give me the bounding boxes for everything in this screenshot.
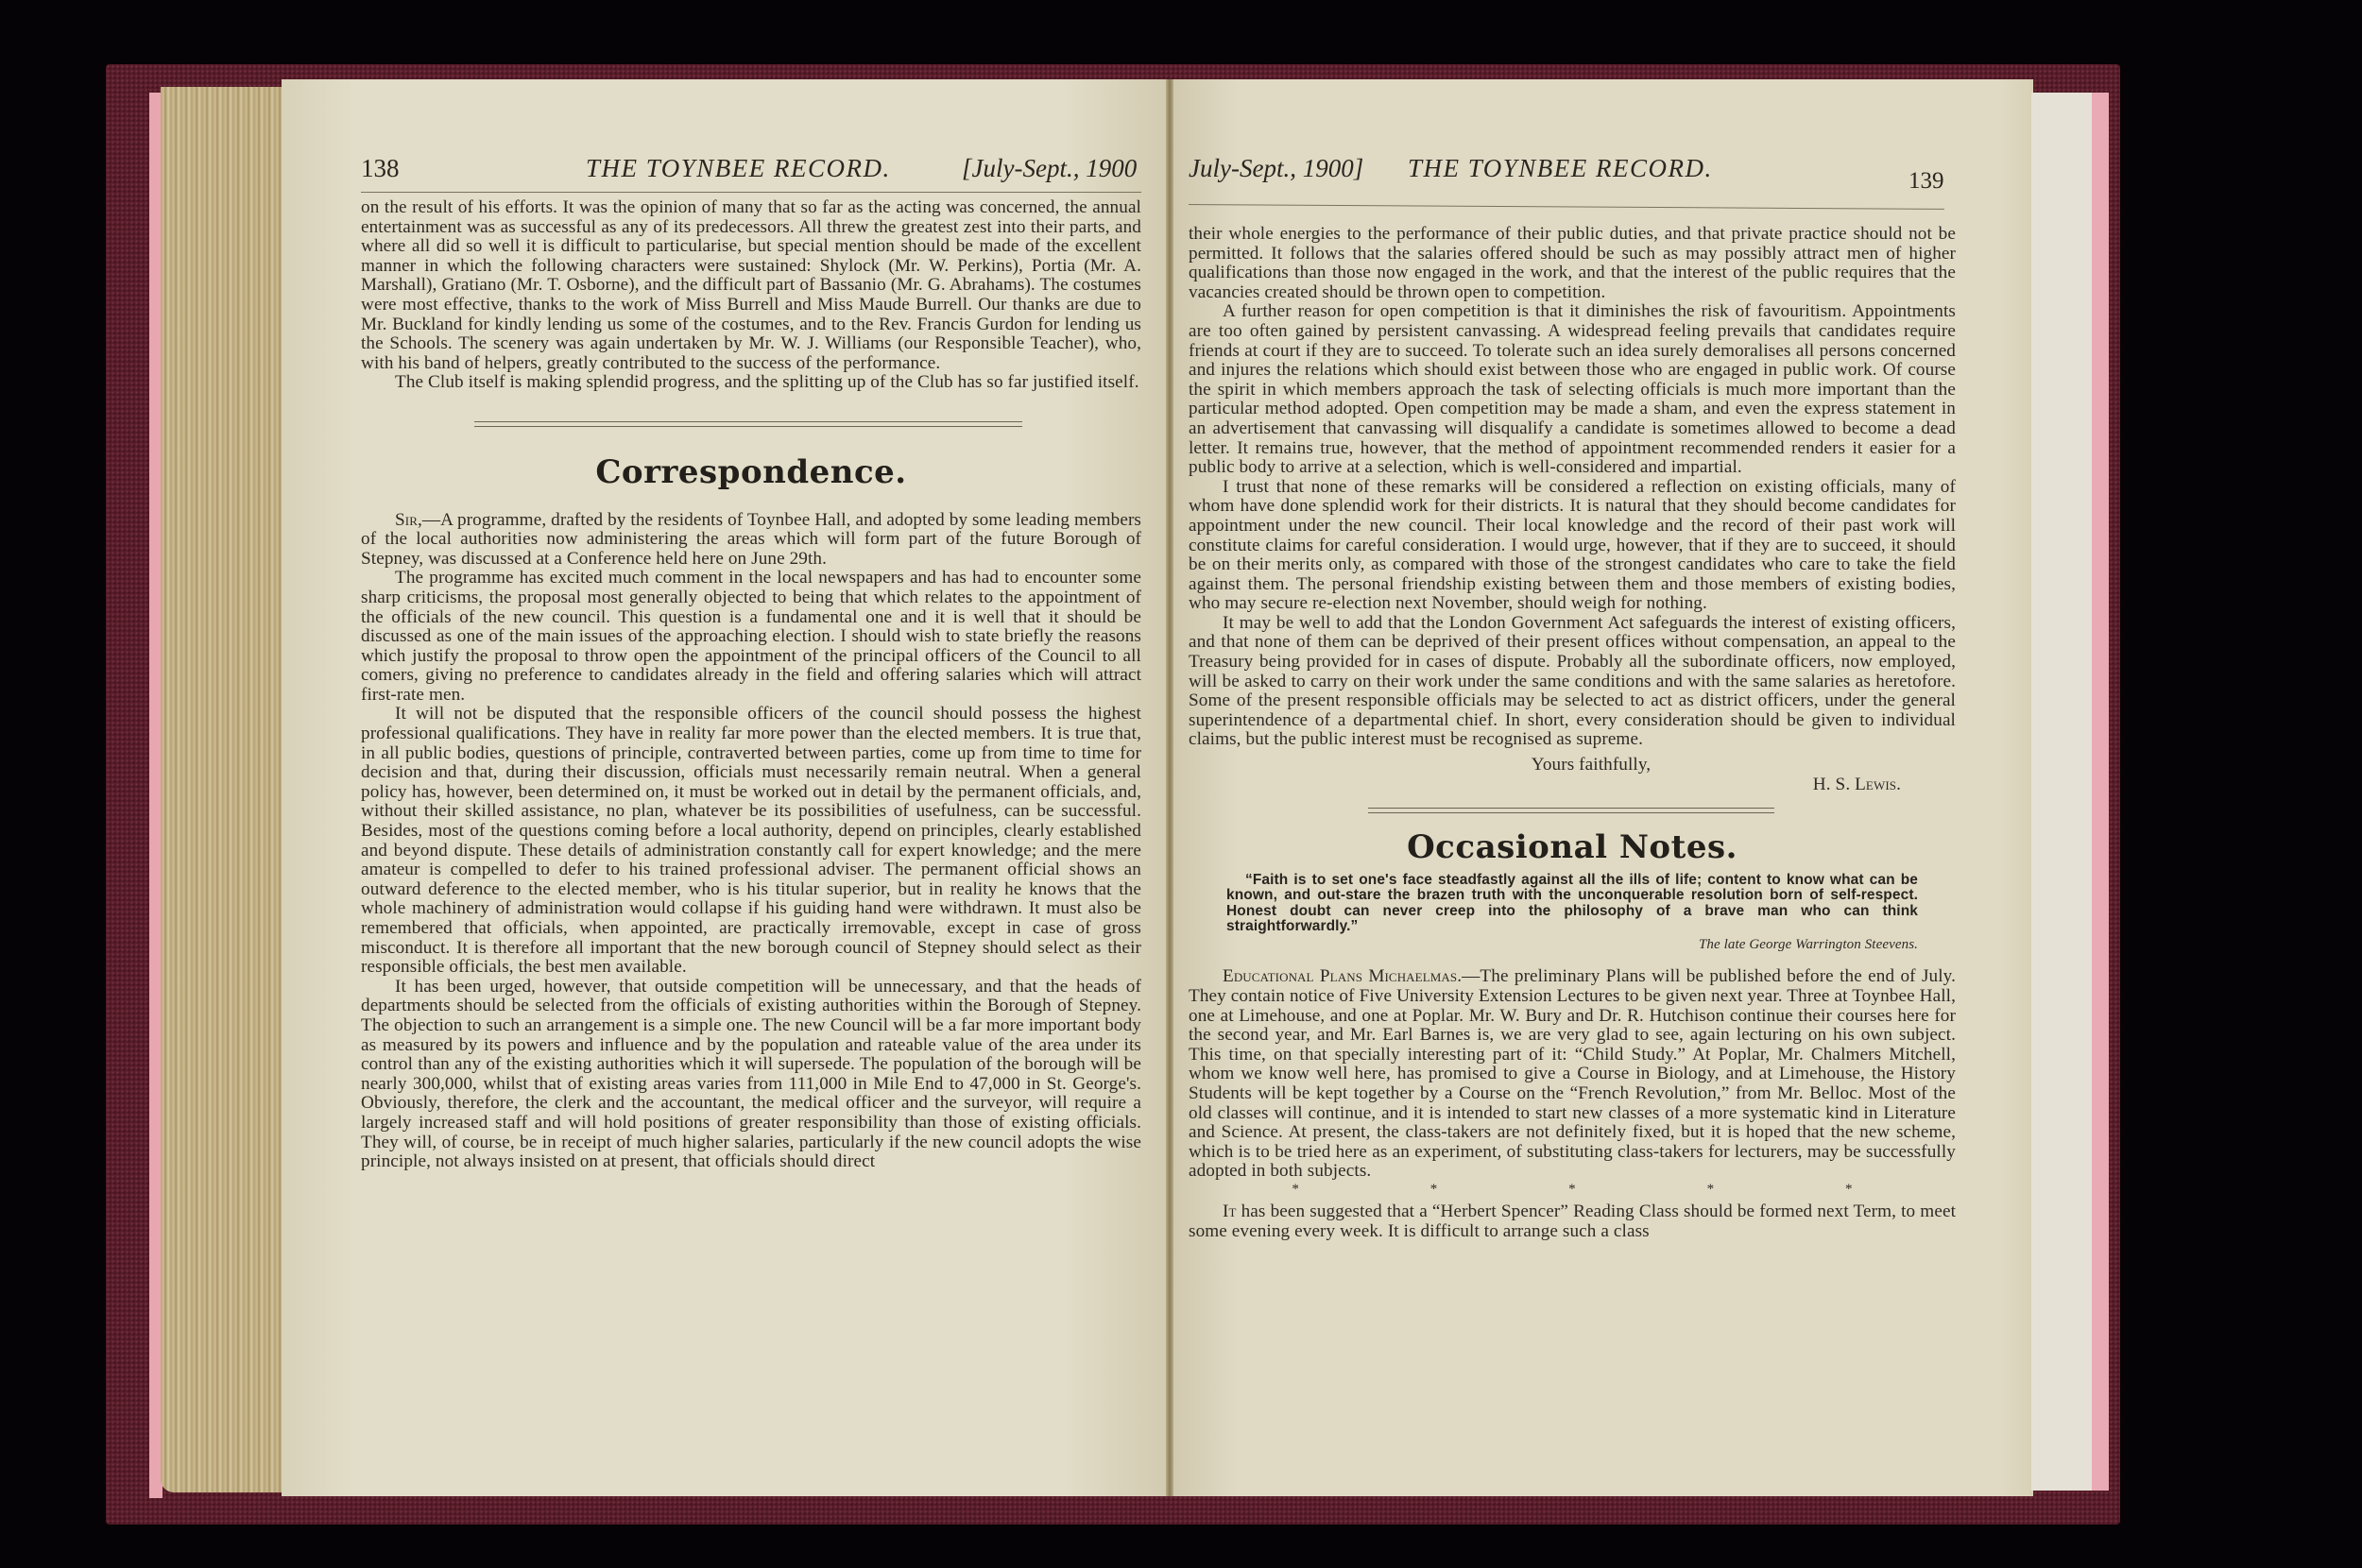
right-text-column: their whole energies to the performance … <box>1189 225 1956 1241</box>
note-paragraph: Educational Plans Michaelmas.—The prelim… <box>1189 967 1956 1182</box>
note-lead: Educational Plans Michaelmas. <box>1223 966 1462 986</box>
letter-paragraph: their whole energies to the performance … <box>1189 225 1956 302</box>
letter-paragraph: Sir,—A programme, drafted by the residen… <box>361 511 1141 570</box>
letter-paragraph: It will not be disputed that the respons… <box>361 705 1141 977</box>
page-edge-strip-right <box>2031 93 2094 1491</box>
note-lead: It <box>1223 1202 1237 1221</box>
book-gutter <box>1166 79 1173 1496</box>
salutation: Sir, <box>395 510 422 530</box>
occasional-notes-heading: Occasional Notes. <box>1189 838 1956 858</box>
left-text-column: on the result of his efforts. It was the… <box>361 198 1141 1172</box>
letter-paragraph: It has been urged, however, that outside… <box>361 978 1141 1172</box>
page-edges-stack <box>161 87 285 1492</box>
pink-endpaper-right <box>2092 93 2109 1491</box>
letter-paragraph: I trust that none of these remarks will … <box>1189 478 1956 614</box>
section-divider <box>1368 808 1774 813</box>
letter-paragraph: It may be well to add that the London Go… <box>1189 614 1956 750</box>
note-paragraph: It has been suggested that a “Herbert Sp… <box>1189 1202 1956 1241</box>
right-running-title: THE TOYNBEE RECORD. <box>1408 154 1713 183</box>
continued-paragraph: The Club itself is making splendid progr… <box>361 373 1141 393</box>
left-page-number: 138 <box>361 154 400 183</box>
right-issue-date: July-Sept., 1900] <box>1189 154 1363 183</box>
right-page-number: 139 <box>1908 168 1944 195</box>
left-running-title: THE TOYNBEE RECORD. <box>586 154 891 183</box>
correspondence-heading: Correspondence. <box>361 463 1141 483</box>
stars-separator: * * * * * <box>1189 1182 1956 1197</box>
section-divider <box>474 421 1022 427</box>
continued-paragraph: on the result of his efforts. It was the… <box>361 198 1141 373</box>
left-header-rule <box>361 192 1141 193</box>
letter-signoff: Yours faithfully, <box>1189 756 1956 775</box>
epigraph-quote: “Faith is to set one's face steadfastly … <box>1226 873 1918 935</box>
letter-signature: H. S. Lewis. <box>1189 775 1956 795</box>
letter-paragraph: The programme has excited much comment i… <box>361 569 1141 705</box>
left-issue-date: [July-Sept., 1900 <box>962 154 1137 183</box>
epigraph-attribution: The late George Warrington Steevens. <box>1226 935 1918 955</box>
letter-paragraph: A further reason for open competition is… <box>1189 302 1956 477</box>
